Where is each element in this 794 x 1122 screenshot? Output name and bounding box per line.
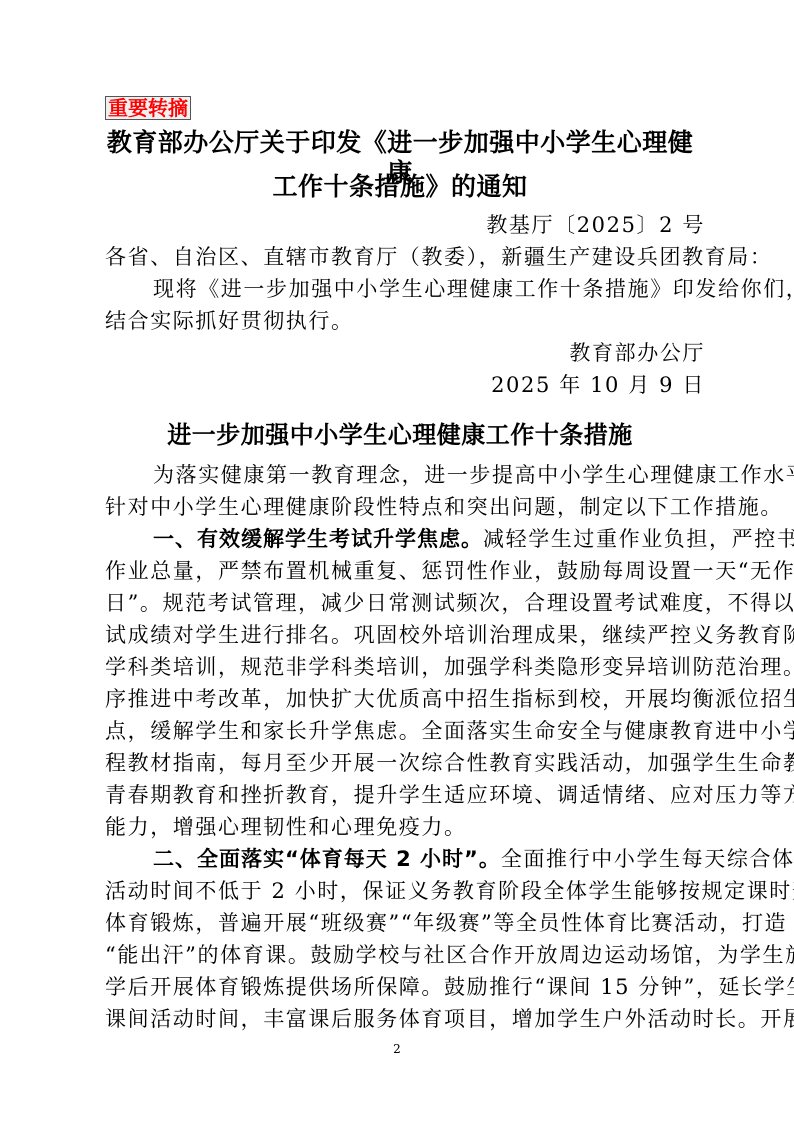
item2-line: 活动时间不低于 2 小时，保证义务教育阶段全体学生能够按规定课时开展 — [105, 876, 794, 906]
item1-line: 青春期教育和挫折教育，提升学生适应环境、调适情绪、应对压力等方面 — [105, 780, 794, 810]
item1-line: 点，缓解学生和家长升学焦虑。全面落实生命安全与健康教育进中小学课 — [105, 716, 794, 746]
item1-line: 作业总量，严禁布置机械重复、惩罚性作业，鼓励每周设置一天“无作业 — [105, 556, 794, 586]
item1-first-line: 一、有效缓解学生考试升学焦虑。减轻学生过重作业负担，严控书面 — [153, 524, 794, 554]
item1-heading: 一、有效缓解学生考试升学焦虑。 — [153, 527, 483, 551]
reprint-badge: 重要转摘 — [105, 96, 191, 120]
addressee: 各省、自治区、直辖市教育厅（教委），新疆生产建设兵团教育局： — [105, 242, 773, 272]
item2-line: 学后开展体育锻炼提供场所保障。鼓励推行“课间 15 分钟”，延长学生 — [105, 972, 794, 1002]
item2-first-line: 二、全面落实“体育每天 2 小时”。全面推行中小学生每天综合体育 — [153, 844, 794, 874]
notice-body-line1: 现将《进一步加强中小学生心理健康工作十条措施》印发给你们，请 — [153, 274, 794, 304]
item1-line: 程教材指南，每月至少开展一次综合性教育实践活动，加强学生生命教育、 — [105, 748, 794, 778]
intro-line1: 为落实健康第一教育理念，进一步提高中小学生心理健康工作水平， — [153, 460, 794, 490]
item1-line: 学科类培训，规范非学科类培训，加强学科类隐形变异培训防范治理。有 — [105, 652, 794, 682]
item2-heading: 二、全面落实“体育每天 2 小时”。 — [153, 847, 501, 871]
item1-line: 序推进中考改革，加快扩大优质高中招生指标到校，开展均衡派位招生试 — [105, 684, 794, 714]
issue-date: 2025 年 10 月 9 日 — [491, 370, 705, 400]
item2-line: “能出汗”的体育课。鼓励学校与社区合作开放周边运动场馆，为学生放 — [105, 940, 794, 970]
item1-line: 日”。规范考试管理，减少日常测试频次，合理设置考试难度，不得以考 — [105, 588, 794, 618]
intro-line2: 针对中小学生心理健康阶段性特点和突出问题，制定以下工作措施。 — [105, 492, 783, 522]
item2-line: 体育锻炼，普遍开展“班级赛”“年级赛”等全员性体育比赛活动，打造 — [105, 908, 787, 938]
page-number: 2 — [0, 1042, 794, 1056]
notice-body-line2: 结合实际抓好贯彻执行。 — [105, 306, 354, 336]
measures-title: 进一步加强中小学生心理健康工作十条措施 — [95, 420, 705, 450]
item2-first-line-text: 全面推行中小学生每天综合体育 — [501, 847, 794, 871]
item1-line: 能力，增强心理韧性和心理免疫力。 — [105, 812, 467, 842]
item1-first-line-text: 减轻学生过重作业负担，严控书面 — [483, 527, 794, 551]
doc-number: 教基厅〔2025〕2 号 — [486, 210, 705, 240]
item1-line: 试成绩对学生进行排名。巩固校外培训治理成果，继续严控义务教育阶段 — [105, 620, 794, 650]
issuer: 教育部办公厅 — [569, 338, 705, 368]
notice-title-line2: 工作十条措施》的通知 — [95, 172, 705, 202]
item2-line: 课间活动时间，丰富课后服务体育项目，增加学生户外活动时长。开展健 — [105, 1004, 794, 1034]
